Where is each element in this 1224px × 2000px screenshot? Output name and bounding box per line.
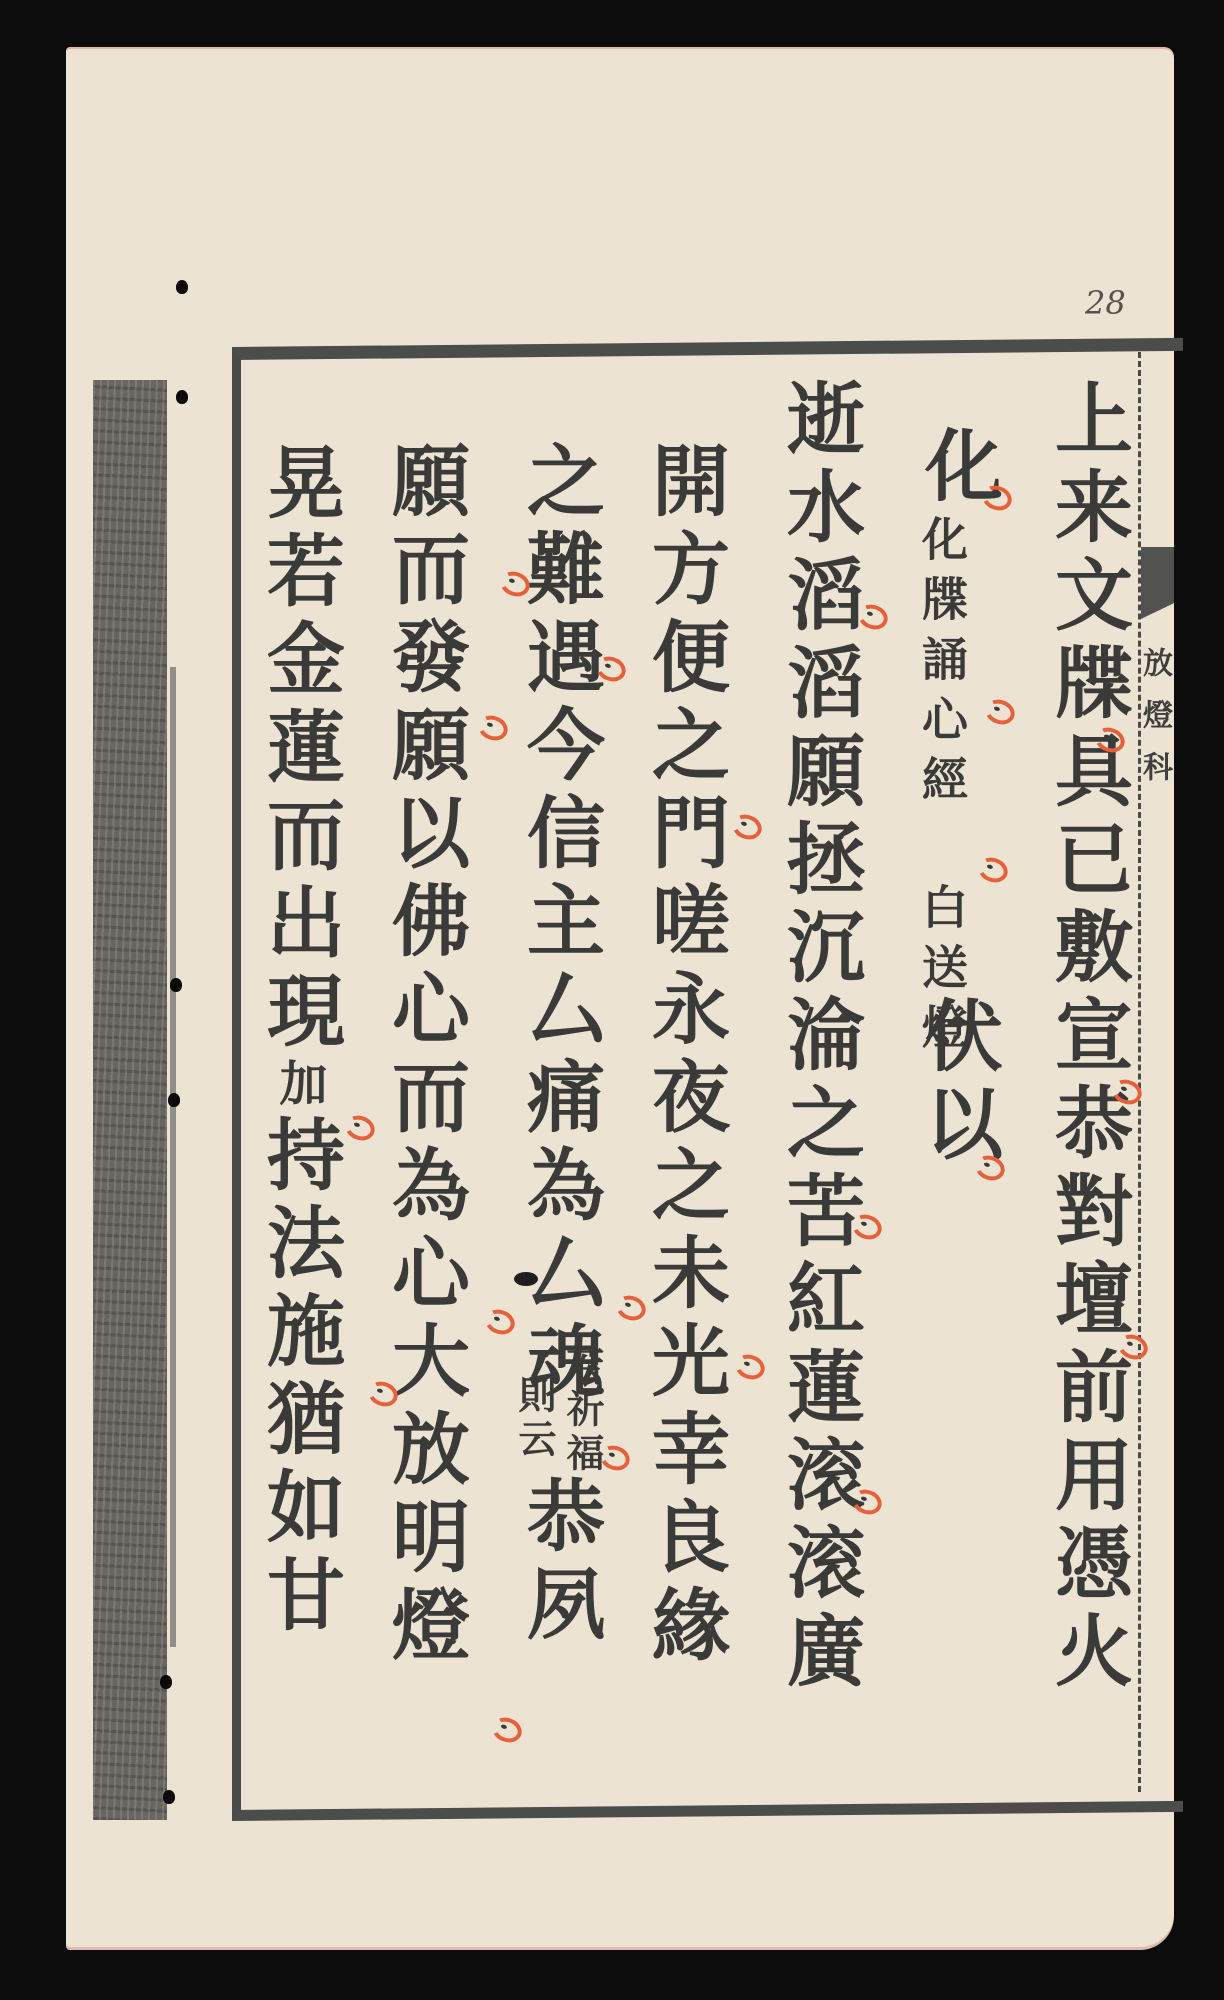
text-column-6: 願而發願以佛心而為心大放明燈 [380,440,468,1672]
binding-hole [176,390,188,404]
column-2-annotation: 化牒誦心經 白送燈 [915,515,969,1063]
binding-hole [170,978,182,992]
column-7-tail: 持法施猶如甘 [254,1114,345,1642]
binding-hole [163,1790,175,1804]
binding-hole [160,1675,172,1689]
column-7-lead: 晃若金蓮而出現 [254,442,345,1058]
text-column-7: 晃若金蓮而出現加持法施猶如甘 [255,442,343,1642]
binding-gutter-strip [93,380,167,1820]
folio-number: 28 [1085,284,1126,322]
column-2-tail: 伏以 [913,995,1001,1171]
document-page: 放燈科 28 [66,47,1174,1950]
text-column-1: 上来文牒具已敷宣恭對壇前用憑火 [1043,378,1131,1698]
text-column-3: 逝水滔滔願拯沉淪之苦紅蓮滚滚廣 [775,378,863,1698]
text-column-4: 開方便之門嗟永夜之未光幸良緣 [640,440,728,1672]
column-5-tail: 恭夙 [515,1475,603,1651]
binding-hole [176,280,188,294]
gutter-edge-line [170,667,176,1647]
column-5-annotation-right: 若祈福 [560,1345,604,1477]
margin-title: 放燈科 [1146,647,1176,803]
binding-hole [168,1093,180,1107]
column-7-small-char: 加 [271,1058,327,1114]
column-5-annotation-left: 則云 [512,1375,556,1463]
center-fold-line [1138,352,1141,1792]
